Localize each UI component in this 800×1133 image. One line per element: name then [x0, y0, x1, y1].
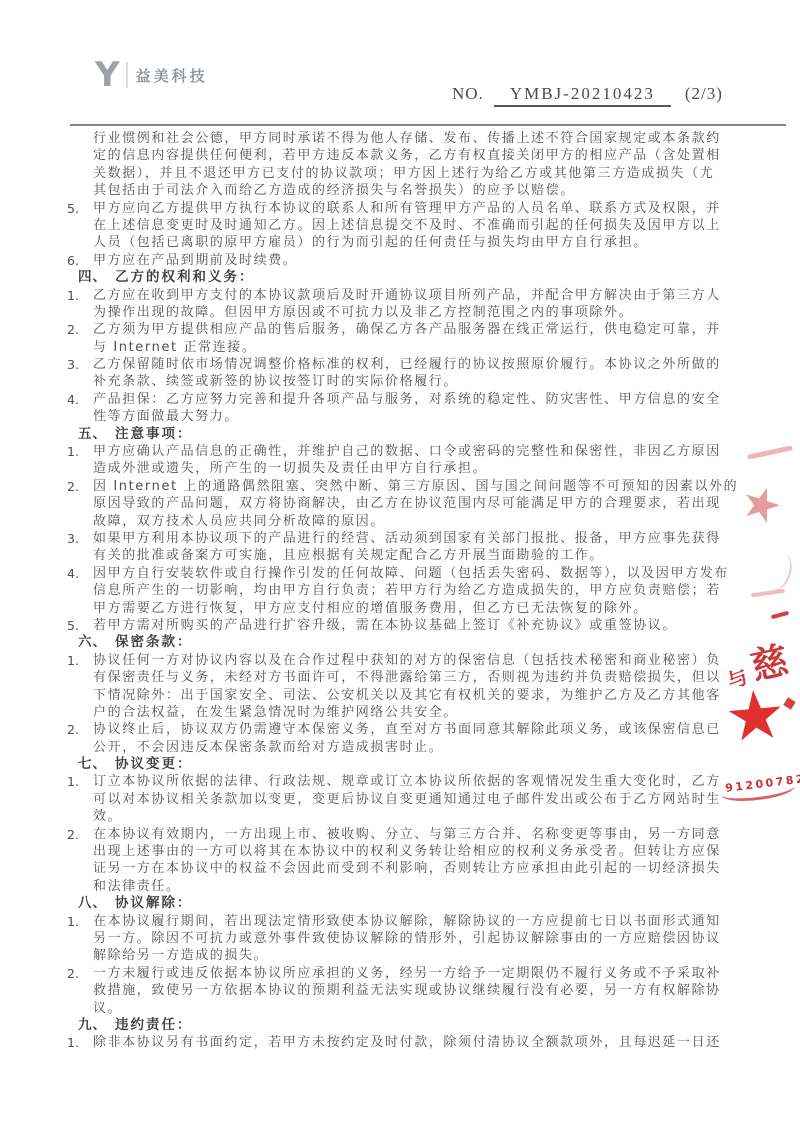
line-text: 乙方应在收到甲方支付的本协议款项后及时开通协议项目所列产品，并配合甲方解决由于第… [93, 288, 721, 303]
contract-line: 2.一方未履行或违反依据本协议所应承担的义务，经另一方给予一定期限仍不履行义务或… [67, 965, 747, 982]
seal-text: 慈 [748, 642, 792, 686]
company-logo: Y 益美科技 [95, 58, 208, 92]
line-text: 户的合法权益，在发生紧急情况时为维护网络公共安全。 [93, 705, 458, 720]
line-text: 另一方。除因不可抗力或意外事件致使协议解除的情形外，引起协议解除事由的一方应赔偿… [93, 931, 721, 946]
line-text: 性等方面做最大努力。 [93, 409, 239, 424]
contract-line: 和法律责任。 [67, 878, 747, 895]
line-marker: 2. [67, 321, 93, 338]
section-heading: 八、协议解除： [67, 895, 747, 912]
line-text: 因 Internet 上的通路偶然阻塞、突然中断、第三方原因、国与国之间问题等不… [93, 479, 738, 494]
line-marker: 3. [67, 356, 93, 373]
contract-line: 与 Internet 正常连接。 [67, 339, 747, 356]
line-text: 效。 [93, 809, 122, 824]
contract-line: 公开，不会因违反本保密条款而给对方造成损害时止。 [67, 739, 747, 756]
line-marker: 2. [67, 826, 93, 843]
line-text: 违约责任： [115, 1017, 193, 1033]
line-text: 如果甲方利用本协议项下的产品进行的经营、活动须到国家有关部门报批、报备，甲方应事… [93, 531, 721, 546]
stamp-mark [747, 445, 793, 459]
line-marker: 1. [67, 1034, 93, 1051]
contract-line: 2.协议终止后，协议双方仍需遵守本保密义务，直至对方书面同意其解除此项义务，或该… [67, 721, 747, 738]
contract-line: 议。 [67, 1000, 747, 1017]
line-text: 在本协议有效期内，一方出现上市、被收购、分立、与第三方合并、名称变更等事由，另一… [93, 827, 721, 842]
line-marker: 5. [67, 200, 93, 217]
contract-line: 1.甲方应确认产品信息的正确性，并维护自己的数据、口令或密码的完整性和保密性，非… [67, 443, 747, 460]
contract-line: 在上述信息变更时及时通知乙方。因上述信息提交不及时、不准确而引起的任何损失及因甲… [67, 217, 747, 234]
line-text: 其包括由于司法介入而给乙方造成的经济损失与名誉损失）的应予以赔偿。 [93, 183, 575, 198]
line-text: 乙方的权利和义务： [115, 269, 255, 285]
contract-body: 行业惯例和社会公德，甲方同时承诺不得为他人存储、发布、传播上述不符合国家规定或本… [67, 130, 747, 1052]
contract-line: 2.因 Internet 上的通路偶然阻塞、突然中断、第三方原因、国与国之间问题… [67, 478, 747, 495]
line-marker: 五、 [78, 426, 115, 443]
contract-line: 补充条款、续签或新签的协议按签订时的实际价格履行。 [67, 373, 747, 390]
contract-line: 4.产品担保：乙方应努力完善和提升各项产品与服务，对系统的稳定性、防灾害性、甲方… [67, 391, 747, 408]
company-name: 益美科技 [136, 65, 208, 86]
line-text: 协议变更： [115, 756, 193, 772]
line-text: 有保密责任与义务，未经对方书面许可，不得泄露给第三方，否则视为违约并负责赔偿损失… [93, 670, 721, 685]
contract-line: 性等方面做最大努力。 [67, 408, 747, 425]
line-text: 协议终止后，协议双方仍需遵守本保密义务，直至对方书面同意其解除此项义务，或该保密… [93, 722, 721, 737]
contract-line: 3.乙方保留随时依市场情况调整价格标准的权利，已经履行的协议按照原价履行。本协议… [67, 356, 747, 373]
contract-line: 户的合法权益，在发生紧急情况时为维护网络公共安全。 [67, 704, 747, 721]
contract-line: 有关的批准或备案方可实施，且应根据有关规定配合乙方开展当面勘验的工作。 [67, 547, 747, 564]
contract-line: 证另一方在本协议中的权益不会因此而受到不利影响，否则转让方应承担由此引起的一切经… [67, 860, 747, 877]
contract-line: 可以对本协议相关条款加以变更，变更后协议自变更通知通过电子邮件发出或公布于乙方网… [67, 791, 747, 808]
contract-line: 为操作出现的故障。但因甲方原因或不可抗力以及非乙方控制范围之内的事项除外。 [67, 304, 747, 321]
line-marker: 九、 [78, 1017, 115, 1034]
contract-line: 信息所产生的一切影响，均由甲方自行负责；若甲方行为给乙方造成损失的，甲方应负责赔… [67, 582, 747, 599]
line-text: 公开，不会因违反本保密条款而给对方造成损害时止。 [93, 740, 443, 755]
line-marker: 3. [67, 530, 93, 547]
line-marker: 2. [67, 478, 93, 495]
stamp-mark [758, 548, 797, 595]
line-marker: 1. [67, 652, 93, 669]
line-marker: 2. [67, 965, 93, 982]
line-text: 注意事项： [115, 426, 193, 442]
contract-line: 1.除非本协议另有书面约定，若甲方未按约定及时付款，除须付清协议全额款项外，且每… [67, 1034, 747, 1051]
line-text: 订立本协议所依据的法律、行政法规、规章或订立本协议所依据的客观情况发生重大变化时… [93, 774, 721, 789]
contract-line: 关数据），并且不退还甲方已支付的协议款项；甲方因上述行为给乙方或其他第三方造成损… [67, 165, 747, 182]
line-text: 除非本协议另有书面约定，若甲方未按约定及时付款，除须付清协议全额款项外，且每迟延… [93, 1035, 721, 1050]
line-text: 关数据），并且不退还甲方已支付的协议款项；甲方因上述行为给乙方或其他第三方造成损… [93, 166, 714, 181]
line-text: 乙方保留随时依市场情况调整价格标准的权利，已经履行的协议按照原价履行。本协议之外… [93, 357, 721, 372]
line-marker: 4. [67, 391, 93, 408]
line-text: 与 Internet 正常连接。 [93, 340, 256, 355]
line-text: 为操作出现的故障。但因甲方原因或不可抗力以及非乙方控制范围之内的事项除外。 [93, 305, 633, 320]
line-text: 信息所产生的一切影响，均由甲方自行负责；若甲方行为给乙方造成损失的，甲方应负责赔… [93, 583, 721, 598]
line-text: 定的信息内容提供任何便利，若甲方违反本款义务，乙方有权直接关闭甲方的相应产品（含… [93, 148, 721, 163]
line-text: 有关的批准或备案方可实施，且应根据有关规定配合乙方开展当面勘验的工作。 [93, 548, 604, 563]
page-indicator: (2/3) [685, 84, 723, 104]
section-heading: 六、保密条款： [67, 634, 747, 651]
contract-line: 2.在本协议有效期内，一方出现上市、被收购、分立、与第三方合并、名称变更等事由，… [67, 826, 747, 843]
line-text: 下情况除外：出于国家安全、司法、公安机关以及其它有权机关的要求，为维护乙方及乙方… [93, 688, 721, 703]
contract-line: 原因导致的产品问题，双方将协商解决，由乙方在协议范围内尽可能满足甲方的合理要求，… [67, 495, 747, 512]
section-heading: 四、乙方的权利和义务： [67, 269, 747, 286]
line-marker: 1. [67, 443, 93, 460]
line-text: 甲方需要乙方进行恢复，甲方应支付相应的增值服务费用，但乙方已无法恢复的除外。 [93, 601, 648, 616]
line-marker: 4. [67, 565, 93, 582]
contract-line: 甲方需要乙方进行恢复，甲方应支付相应的增值服务费用，但乙方已无法恢复的除外。 [67, 600, 747, 617]
contract-line: 1.在本协议履行期间，若出现法定情形致使本协议解除，解除协议的一方应提前七日以书… [67, 913, 747, 930]
logo-divider [126, 62, 128, 88]
line-marker: 6. [67, 252, 93, 269]
line-marker: 七、 [78, 756, 115, 773]
line-text: 因甲方自行安装软件或自行操作引发的任何故障、问题（包括丢失密码、数据等），以及因… [93, 566, 729, 581]
document-number-line: NO. YMBJ-20210423 (2/3) [452, 84, 723, 107]
contract-line: 解除给另一方造成的损失。 [67, 947, 747, 964]
contract-line: 效。 [67, 808, 747, 825]
section-heading: 九、违约责任： [67, 1017, 747, 1034]
stamp-mark [751, 589, 785, 598]
line-marker: 5. [67, 617, 93, 634]
line-text: 证另一方在本协议中的权益不会因此而受到不利影响，否则转让方应承担由此引起的一切经… [93, 861, 721, 876]
line-text: 甲方应在产品到期前及时续费。 [93, 253, 297, 268]
line-text: 甲方应确认产品信息的正确性，并维护自己的数据、口令或密码的完整性和保密性，非因乙… [93, 444, 721, 459]
section-heading: 七、协议变更： [67, 756, 747, 773]
section-heading: 五、注意事项： [67, 426, 747, 443]
contract-line: 故障，双方技术人员应共同分析故障的原因。 [67, 513, 747, 530]
header-rule [70, 124, 786, 126]
contract-line: 1.订立本协议所依据的法律、行政法规、规章或订立本协议所依据的客观情况发生重大变… [67, 773, 747, 790]
line-text: 出现上述事由的一方可以将其在本协议中的权利义务转让给相应的权利义务承受者。但转让… [93, 844, 721, 859]
contract-page: Y 益美科技 NO. YMBJ-20210423 (2/3) 行业惯例和社会公德… [0, 0, 800, 1133]
line-text: 议。 [93, 1001, 122, 1016]
contract-line: 5.若甲方需对所购买的产品进行扩容升级，需在本协议基础上签订《补充协议》或重签协… [67, 617, 747, 634]
line-text: 甲方应向乙方提供甲方执行本协议的联系人和所有管理甲方产品的人员名单、联系方式及权… [93, 201, 721, 216]
line-text: 救措施，致使另一方依据本协议的预期利益无法实现或协议继续履行没有必要，另一方有权… [93, 983, 721, 998]
line-marker: 六、 [78, 634, 115, 651]
line-text: 故障，双方技术人员应共同分析故障的原因。 [93, 514, 385, 529]
contract-line: 定的信息内容提供任何便利，若甲方违反本款义务，乙方有权直接关闭甲方的相应产品（含… [67, 147, 747, 164]
contract-line: 行业惯例和社会公德，甲方同时承诺不得为他人存储、发布、传播上述不符合国家规定或本… [67, 130, 747, 147]
contract-line: 4.因甲方自行安装软件或自行操作引发的任何故障、问题（包括丢失密码、数据等），以… [67, 565, 747, 582]
line-text: 和法律责任。 [93, 879, 181, 894]
line-marker: 四、 [78, 269, 115, 286]
contract-line: 人员（包括已离职的原甲方雇员）的行为而引起的任何责任与损失均由甲方自行承担。 [67, 234, 747, 251]
contract-line: 下情况除外：出于国家安全、司法、公安机关以及其它有权机关的要求，为维护乙方及乙方… [67, 687, 747, 704]
line-text: 乙方须为甲方提供相应产品的售后服务，确保乙方各产品服务器在线正常运行，供电稳定可… [93, 322, 721, 337]
line-text: 协议任何一方对协议内容以及在合作过程中获知的对方的保密信息（包括技术秘密和商业秘… [93, 653, 721, 668]
line-marker: 八、 [78, 895, 115, 912]
line-marker: 2. [67, 721, 93, 738]
doc-no-label: NO. [452, 84, 484, 104]
line-text: 行业惯例和社会公德，甲方同时承诺不得为他人存储、发布、传播上述不符合国家规定或本… [93, 131, 721, 146]
contract-line: 1.乙方应在收到甲方支付的本协议款项后及时开通协议项目所列产品，并配合甲方解决由… [67, 287, 747, 304]
contract-line: 造成外泄或遗失，所产生的一切损失及责任由甲方自行承担。 [67, 460, 747, 477]
line-text: 在上述信息变更时及时通知乙方。因上述信息提交不及时、不准确而引起的任何损失及因甲… [93, 218, 721, 233]
doc-no-value: YMBJ-20210423 [494, 84, 671, 107]
contract-line: 1.协议任何一方对协议内容以及在合作过程中获知的对方的保密信息（包括技术秘密和商… [67, 652, 747, 669]
line-text: 若甲方需对所购买的产品进行扩容升级，需在本协议基础上签订《补充协议》或重签协议。 [93, 618, 677, 633]
contract-line: 3.如果甲方利用本协议项下的产品进行的经营、活动须到国家有关部门报批、报备，甲方… [67, 530, 747, 547]
line-marker: 1. [67, 773, 93, 790]
seal-mark [783, 697, 795, 709]
contract-line: 救措施，致使另一方依据本协议的预期利益无法实现或协议继续履行没有必要，另一方有权… [67, 982, 747, 999]
line-text: 原因导致的产品问题，双方将协商解决，由乙方在协议范围内尽可能满足甲方的合理要求，… [93, 496, 721, 511]
line-text: 解除给另一方造成的损失。 [93, 948, 268, 963]
seal-mark [771, 611, 789, 620]
line-text: 在本协议履行期间，若出现法定情形致使本协议解除，解除协议的一方应提前七日以书面形… [93, 914, 721, 929]
line-text: 人员（包括已离职的原甲方雇员）的行为而引起的任何责任与损失均由甲方自行承担。 [93, 235, 648, 250]
contract-line: 2.乙方须为甲方提供相应产品的售后服务，确保乙方各产品服务器在线正常运行，供电稳… [67, 321, 747, 338]
contract-line: 出现上述事由的一方可以将其在本协议中的权利义务转让给相应的权利义务承受者。但转让… [67, 843, 747, 860]
line-text: 一方未履行或违反依据本协议所应承担的义务，经另一方给予一定期限仍不履行义务或不予… [93, 966, 721, 981]
contract-line: 5.甲方应向乙方提供甲方执行本协议的联系人和所有管理甲方产品的人员名单、联系方式… [67, 200, 747, 217]
line-marker: 1. [67, 913, 93, 930]
line-text: 造成外泄或遗失，所产生的一切损失及责任由甲方自行承担。 [93, 461, 487, 476]
line-text: 保密条款： [115, 634, 193, 650]
line-text: 补充条款、续签或新签的协议按签订时的实际价格履行。 [93, 374, 458, 389]
contract-line: 6.甲方应在产品到期前及时续费。 [67, 252, 747, 269]
line-text: 可以对本协议相关条款加以变更，变更后协议自变更通知通过电子邮件发出或公布于乙方网… [93, 792, 721, 807]
contract-line: 另一方。除因不可抗力或意外事件致使协议解除的情形外，引起协议解除事由的一方应赔偿… [67, 930, 747, 947]
line-text: 产品担保：乙方应努力完善和提升各项产品与服务，对系统的稳定性、防灾害性、甲方信息… [93, 392, 721, 407]
contract-line: 其包括由于司法介入而给乙方造成的经济损失与名誉损失）的应予以赔偿。 [67, 182, 747, 199]
logo-y-icon: Y [95, 58, 120, 92]
line-marker: 1. [67, 287, 93, 304]
contract-line: 有保密责任与义务，未经对方书面许可，不得泄露给第三方，否则视为违约并负责赔偿损失… [67, 669, 747, 686]
line-text: 协议解除： [115, 895, 193, 911]
